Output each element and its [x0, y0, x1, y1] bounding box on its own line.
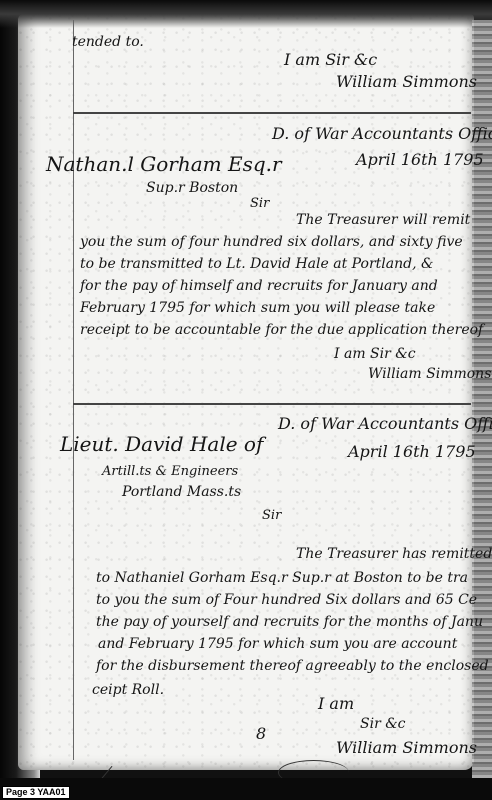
letter1-signature: William Simmons — [368, 366, 491, 382]
previous-letter-closing: I am Sir &c — [284, 50, 377, 69]
letter1-addressee-name: Nathan.l Gorham Esq.r — [46, 152, 282, 176]
letter1-closing: I am Sir &c — [334, 346, 416, 362]
letter1-addressee-title: Sup.r Boston — [146, 180, 238, 196]
page-label: Page 3 YAA01 — [2, 786, 70, 799]
letter2-addressee-name: Lieut. David Hale of — [60, 432, 263, 456]
previous-letter-signature: William Simmons — [336, 72, 477, 91]
left-margin-rule — [73, 20, 74, 760]
margin-number-mark: 8 — [256, 724, 266, 743]
letter1-salutation: Sir — [250, 196, 269, 211]
letter2-closing-1: I am — [318, 694, 354, 713]
letter2-body-line-2: to Nathaniel Gorham Esq.r Sup.r at Bosto… — [96, 570, 468, 586]
letter2-salutation: Sir — [262, 508, 281, 523]
letter1-body-line-3: to be transmitted to Lt. David Hale at P… — [80, 256, 433, 272]
letter1-body-line-1: The Treasurer will remit — [296, 212, 470, 228]
letter1-body-line-4: for the pay of himself and recruits for … — [80, 278, 438, 294]
letter-divider-1 — [73, 112, 471, 114]
letter2-addressee-location: Portland Mass.ts — [122, 484, 241, 500]
letter2-body-line-7: ceipt Roll. — [92, 682, 164, 698]
letter2-body-line-5: and February 1795 for which sum you are … — [98, 636, 457, 652]
previous-letter-ending: tended to. — [72, 34, 144, 50]
letter1-body-line-5: February 1795 for which sum you will ple… — [80, 300, 435, 316]
letter2-body-line-3: to you the sum of Four hundred Six dolla… — [96, 592, 477, 608]
letter2-date: April 16th 1795 — [348, 442, 476, 461]
letter2-body-line-1: The Treasurer has remitted — [296, 546, 492, 562]
letter2-signature: William Simmons — [336, 738, 477, 757]
letter2-closing-2: Sir &c — [360, 716, 406, 732]
letter2-addressee-unit: Artill.ts & Engineers — [102, 464, 238, 479]
letter2-body-line-6: for the disbursement thereof agreeably t… — [96, 658, 489, 674]
letter2-office-heading: D. of War Accountants Office — [278, 414, 492, 433]
letter1-body-line-6: receipt to be accountable for the due ap… — [80, 322, 483, 338]
letter1-date: April 16th 1795 — [356, 150, 484, 169]
letter-divider-2 — [73, 403, 471, 405]
letter2-body-line-4: the pay of yourself and recruits for the… — [96, 614, 483, 630]
letter1-body-line-2: you the sum of four hundred six dollars,… — [80, 234, 463, 250]
letter1-office-heading: D. of War Accountants Office — [272, 124, 492, 143]
scan-bottom-border — [0, 778, 492, 800]
